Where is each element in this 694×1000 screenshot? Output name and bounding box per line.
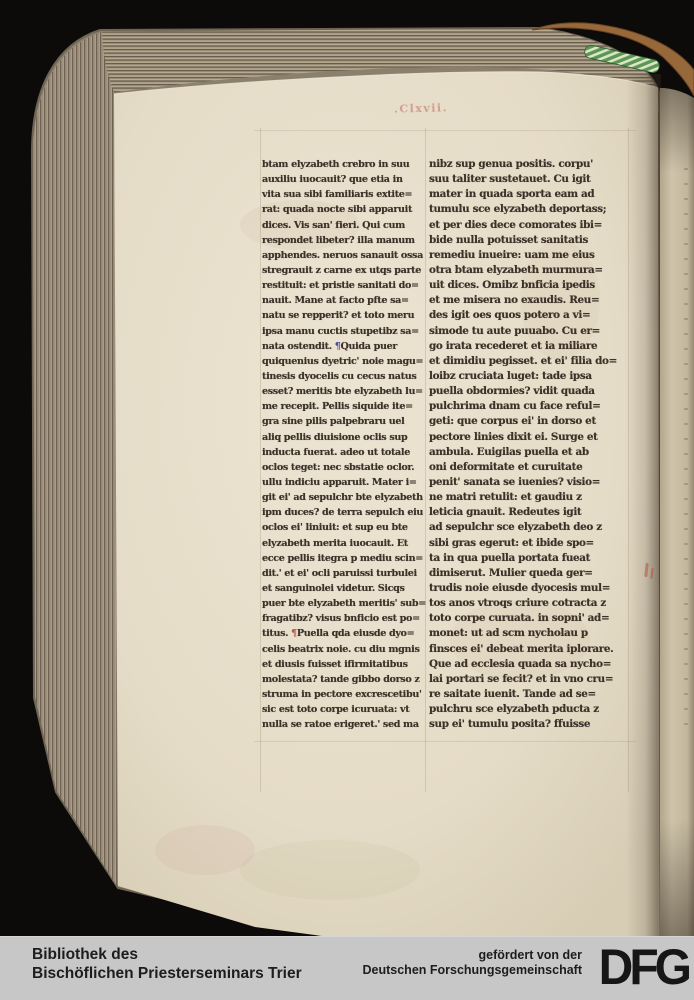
manuscript-text-line: ta in qua puella portata fueat [429,551,630,566]
manuscript-text-line: elyzabeth merita iuocauit. Et [262,536,426,551]
digitized-manuscript-photo: .Clxvii. btam elyzabeth crebro in suuaux… [0,0,694,1000]
manuscript-text-line: ad sepulchr sce elyzabeth deo z [429,520,630,535]
manuscript-text-line: mater in quada sporta eam ad [429,187,630,202]
manuscript-text-line: ecce pellis itegra p mediu scin= [262,551,426,566]
library-credit-line2: Bischöflichen Priesterseminars Trier [32,964,302,983]
manuscript-text-line: aliq pellis diuisione oclis sup [262,430,426,445]
library-credit: Bibliothek des Bischöflichen Priestersem… [32,945,302,983]
manuscript-text-line: btam elyzabeth crebro in suu [262,157,426,172]
manuscript-text-line: oni deformitate et curuitate [429,460,630,475]
manuscript-text-line: ambula. Euigilas puella et ab [429,445,630,460]
manuscript-text-line: re saitate iuenit. Tande ad se= [429,687,630,702]
manuscript-text-line: tumulu sce elyzabeth deportass; [429,202,630,217]
column-ruling-line [260,128,261,792]
manuscript-text-line: ullu indiciu apparuit. Mater i= [262,475,426,490]
manuscript-left-column: btam elyzabeth crebro in suuauxiliu iuoc… [262,157,426,732]
manuscript-text-line: pulchru sce elyzabeth pducta z [429,702,630,717]
manuscript-text-line: dit.' et ei' ocli paruissi turbulei [262,566,426,581]
manuscript-text-line: celis beatrix noie. cu diu mgnis [262,642,426,657]
library-credit-line1: Bibliothek des [32,945,302,964]
funding-credit: gefördert von der Deutschen Forschungsge… [363,948,583,978]
manuscript-text-line: molestata? tande gibbo dorso z [262,672,426,687]
manuscript-text-line: restituit: et pristie sanitati do= [262,278,426,293]
manuscript-text-line: tos anos vtroqs criure cotracta z [429,596,630,611]
manuscript-text-line: nulla se ratoe erigeret.' sed ma [262,717,426,732]
manuscript-text-line: me recepit. Pellis siquide ite= [262,399,426,414]
manuscript-text-line: pectore linies dixit ei. Surge et [429,430,630,445]
manuscript-text-line: tinesis dyocelis cu cecus natus [262,369,426,384]
manuscript-text-line: sup ei' tumulu posita? ffuisse [429,717,630,732]
manuscript-text-line: toto corpe curuata. in sopni' ad= [429,611,630,626]
manuscript-text-line: uit dices. Omibz bnficia ipedis [429,278,630,293]
manuscript-text-line: penit' sanata se iuenies? visio= [429,475,630,490]
manuscript-text-line: otra btam elyzabeth murmura= [429,263,630,278]
manuscript-text-line: oclos ei' liniuit: et sup eu bte [262,520,426,535]
manuscript-text-line: natu se repperit? et toto meru [262,308,426,323]
manuscript-text-line: finsces ei' debeat merita iplorare. [429,642,630,657]
manuscript-text-line: simode tu aute puuabo. Cu er= [429,324,630,339]
manuscript-text-line: et diusis fuisset ifirmitatibus [262,657,426,672]
manuscript-text-line: monet: ut ad scm nycholau p [429,626,630,641]
manuscript-text-line: titus. ¶Puella qda eiusde dyo= [262,626,426,641]
ruling-line-top [254,130,636,131]
manuscript-text-line: des igit oes quos potero a vi= [429,308,630,323]
manuscript-right-column: nibz sup genua positis. corpu'suu talite… [429,157,630,732]
manuscript-text-line: respondet libeter? illa manum [262,233,426,248]
book-fore-edge [33,32,117,886]
manuscript-text-line: apphendes. neruos sanauit ossa [262,248,426,263]
manuscript-text-line: git ei' ad sepulchr bte elyzabeth [262,490,426,505]
manuscript-text-line: ipm duces? de terra sepulch eiu [262,505,426,520]
manuscript-text-line: rat: quada nocte sibi apparuit [262,202,426,217]
manuscript-text-line: et per dies dece comorates ibi= [429,218,630,233]
manuscript-text-line: pulchrima dnam cu face reful= [429,399,630,414]
manuscript-text-line: stregrauit z carne ex utqs parte [262,263,426,278]
manuscript-text-line: quiquenius dyetric' noie magu= [262,354,426,369]
manuscript-text-line: nibz sup genua positis. corpu' [429,157,630,172]
dfg-logo: DFG [599,937,688,1000]
manuscript-text-line: bide nulla potuisset sanitatis [429,233,630,248]
manuscript-text-line: gra sine pilis palpebraru uel [262,414,426,429]
ruling-line-bottom [254,741,636,742]
manuscript-text-line: nata ostendit. ¶Quida puer [262,339,426,354]
footer-credit-bar: Bibliothek des Bischöflichen Priestersem… [0,936,694,1000]
folio-number: .Clxvii. [394,101,448,115]
manuscript-text-line: ipsa manu cuctis stupetibz sa= [262,324,426,339]
manuscript-text-line: dimiserut. Mulier queda ger= [429,566,630,581]
manuscript-text-line: puella obdormies? vidit quada [429,384,630,399]
manuscript-text-line: auxiliu iuocauit? que etia in [262,172,426,187]
manuscript-text-line: trudis noie eiusde dyocesis mul= [429,581,630,596]
manuscript-text-line: struma in pectore excrescetibu' [262,687,426,702]
manuscript-text-line: fragatibz? visus bnficio est po= [262,611,426,626]
manuscript-text-line: et dimidiu pegisset. et ei' filia do= [429,354,630,369]
manuscript-text-line: dices. Vis san' fieri. Qui cum [262,218,426,233]
manuscript-text-line: ne matri retulit: et gaudiu z [429,490,630,505]
manuscript-text-line: leticia gnauit. Redeutes igit [429,505,630,520]
manuscript-text-line: vita sua sibi familiaris extite= [262,187,426,202]
facing-page-text-ticks [684,168,688,738]
manuscript-text-line: esset? meritis bte elyzabeth lu= [262,384,426,399]
funding-credit-line2: Deutschen Forschungsgemeinschaft [363,963,583,978]
manuscript-text-line: sibi gras egerut: et ibide spo= [429,536,630,551]
manuscript-text-line: oclos teget: nec sbstatie oclor. [262,460,426,475]
manuscript-text-line: sic est toto corpe icuruata: vt [262,702,426,717]
manuscript-text-line: loibz cruciata luget: tade ipsa [429,369,630,384]
funding-credit-line1: gefördert von der [363,948,583,963]
manuscript-text-line: nauit. Mane at facto pfte sa= [262,293,426,308]
manuscript-text-line: inducta fuerat. adeo ut totale [262,445,426,460]
manuscript-text-line: et sanguinolei videtur. Sicqs [262,581,426,596]
manuscript-text-line: geti: que corpus ei' in dorso et [429,414,630,429]
manuscript-text-line: puer bte elyzabeth meritis' sub= [262,596,426,611]
manuscript-text-line: et me misera no exaudis. Reu= [429,293,630,308]
manuscript-text-line: go irata recederet et ia miliare [429,339,630,354]
manuscript-text-line: lai portari se fecit? et in vno cru= [429,672,630,687]
manuscript-text-line: suu taliter sustetauet. Cu igit [429,172,630,187]
manuscript-text-line: Que ad ecclesia quada sa nycho= [429,657,630,672]
manuscript-text-line: remediu inueire: uam me eius [429,248,630,263]
